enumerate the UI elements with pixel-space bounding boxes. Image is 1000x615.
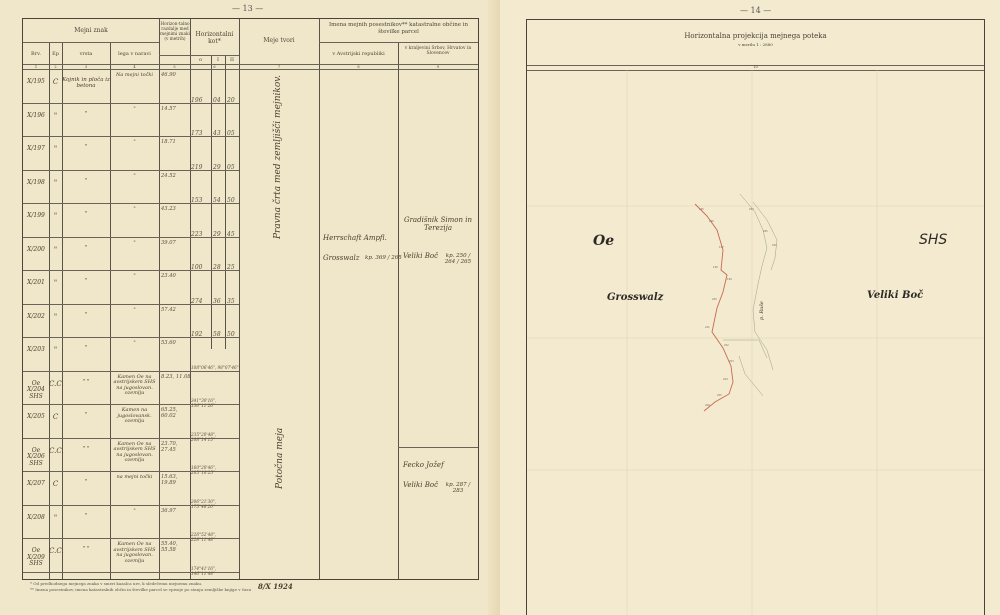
mark-type: " — [62, 178, 110, 184]
distance-value: 18.71 — [161, 139, 191, 145]
mark-ep: " — [49, 113, 62, 121]
mark-ep: C — [49, 414, 62, 422]
mark-type: " " — [62, 379, 110, 385]
header-no: Brv. — [23, 51, 49, 57]
angle-pair: 174°41'16", 146°11'48" — [191, 566, 239, 576]
mark-ep: " — [49, 213, 62, 221]
col-number: 9 — [398, 65, 478, 69]
mark-number: Oe X/206 SHS — [23, 448, 49, 468]
header-angle-sec: II — [225, 57, 239, 63]
col-number: 4 — [110, 65, 159, 69]
svg-text:202: 202 — [724, 343, 729, 347]
angle-sec: 20 — [227, 97, 239, 104]
owner-shs-2-name: Fecko Jožef — [403, 462, 444, 470]
angle-deg: 223 — [191, 231, 211, 238]
svg-text:203: 203 — [729, 359, 734, 363]
distance-value: 14.57 — [161, 106, 191, 112]
header-owners: Imena mejnih posestnikov** katastralne o… — [319, 22, 478, 35]
header-angle: Horizontalni kot* — [190, 31, 239, 45]
header-angle-deg: o — [190, 57, 211, 63]
angle-sec: 50 — [227, 331, 239, 338]
mark-position: " — [110, 241, 159, 247]
distance-value: 36.97 — [161, 508, 191, 514]
mark-position: Kamen Oe na avstrijskem SHS na jugoslova… — [110, 442, 159, 464]
right-page: — 14 — Horizontalna projekcija mejnega p… — [500, 0, 1000, 615]
col-number: 5 — [159, 65, 190, 69]
mark-ep: C.C. — [49, 548, 62, 556]
mark-number: X/208 — [23, 515, 49, 522]
mark-number: X/202 — [23, 314, 49, 321]
mark-type: " — [62, 345, 110, 351]
distance-value: 15.63, 19.89 — [161, 474, 191, 486]
angle-sec: 50 — [227, 197, 239, 204]
distance-value: 55.40, 55.58 — [161, 541, 191, 553]
mark-ep: " — [49, 146, 62, 154]
mark-ep: C — [49, 481, 62, 489]
projection-title: Horizontalna projekcija mejnega poteka — [527, 32, 984, 40]
mark-number: Oe X/204 SHS — [23, 381, 49, 401]
angle-min: 28 — [213, 264, 225, 271]
header-ep: Ep — [49, 51, 62, 57]
footnote-2: ** Imena posestnikov, imena katastralnih… — [30, 587, 251, 592]
angle-min: 43 — [213, 130, 225, 137]
owner-shs-2-parcels: kp. 287 / 283 — [443, 482, 473, 494]
angle-deg: 173 — [191, 130, 211, 137]
angle-sec: 05 — [227, 164, 239, 171]
distance-value: 23.40 — [161, 273, 191, 279]
angle-deg: 192 — [191, 331, 211, 338]
stream-label: p. Ruše — [758, 301, 765, 320]
angle-min: 54 — [213, 197, 225, 204]
owner-austria-place: Grosswalz — [323, 255, 359, 263]
mark-number: X/199 — [23, 213, 49, 220]
col-number: 2 — [49, 65, 62, 69]
svg-text:265: 265 — [763, 229, 768, 233]
mark-position: Kamen na jugoslovansk. ozemlju — [110, 408, 159, 425]
angle-min: 04 — [213, 97, 225, 104]
angle-deg: 153 — [191, 197, 211, 204]
header-austria: v Avstrijski republiki — [319, 51, 398, 57]
distance-value: 53.60 — [161, 340, 191, 346]
angle-deg: 100 — [191, 264, 211, 271]
mark-type: " — [62, 144, 110, 150]
mark-number: X/200 — [23, 247, 49, 254]
mark-position: " — [110, 107, 159, 113]
angle-sec: 35 — [227, 298, 239, 305]
distance-value: 8.23, 11.08 — [161, 374, 191, 380]
mark-number: X/203 — [23, 347, 49, 354]
mark-ep: C — [49, 79, 62, 87]
page-number: — 13 — — [232, 4, 263, 13]
header-distance: Horizon-talno razdalje med mejnimi znaki… — [160, 21, 190, 41]
angle-pair: 341°30'16", 136°11'26" — [191, 398, 239, 408]
svg-text:206: 206 — [705, 403, 710, 407]
header-type: vrsta — [62, 51, 110, 57]
mark-type: Kojnik in ploča iz betona — [62, 77, 110, 89]
mark-type: " — [62, 211, 110, 217]
mark-ep: " — [49, 247, 62, 255]
angle-min: 29 — [213, 164, 225, 171]
angle-pair: 160°20'46", 205°10'25" — [191, 465, 239, 475]
label-grosswalz: Grosswalz — [607, 292, 663, 303]
row-divider — [23, 371, 239, 372]
owner-shs-1-parcels: kp. 250 / 264 / 265 — [443, 253, 473, 265]
angle-deg: 219 — [191, 164, 211, 171]
left-page: — 13 — Mejni znak Brv. Ep vrsta lega v n… — [0, 0, 500, 615]
boundary-kind-1: Pravna črta med zemljišči mejnikov. — [273, 129, 283, 239]
projection-scale: v merilu 1 : 2880 — [527, 43, 984, 48]
owner-shs-1-name: Gradišnik Simon in Terezija — [403, 217, 473, 232]
mark-ep: C.C. — [49, 448, 62, 456]
mark-type: " — [62, 479, 110, 485]
angle-deg: 274 — [191, 298, 211, 305]
mark-number: X/197 — [23, 146, 49, 153]
distance-value: 39.07 — [161, 240, 191, 246]
svg-text:197: 197 — [719, 245, 724, 249]
angle-min: 58 — [213, 331, 225, 338]
angle-min: 36 — [213, 298, 225, 305]
mark-number: X/207 — [23, 481, 49, 488]
distance-value: 43.23 — [161, 206, 191, 212]
mark-position: Kamen Oe na avstrijskem SHS na jugoslova… — [110, 375, 159, 397]
angle-sec: 45 — [227, 231, 239, 238]
page-number: — 14 — — [740, 6, 771, 15]
signature-date: 8/X 1924 — [258, 583, 293, 591]
boundary-table: Mejni znak Brv. Ep vrsta lega v naravi H… — [22, 18, 479, 580]
svg-text:205: 205 — [717, 393, 722, 397]
mark-position: " — [110, 174, 159, 180]
header-boundary-kind: Meje tvori — [239, 37, 319, 44]
mark-ep: " — [49, 180, 62, 188]
mark-number: X/196 — [23, 113, 49, 120]
mark-type: " — [62, 412, 110, 418]
svg-text:195: 195 — [699, 207, 704, 211]
mark-position: " — [110, 207, 159, 213]
mark-position: Na mejni točki — [110, 73, 159, 79]
distance-value: 65.25, 60.02 — [161, 407, 191, 419]
mark-position: " — [110, 341, 159, 347]
angle-sec: 25 — [227, 264, 239, 271]
svg-text:264: 264 — [749, 207, 754, 211]
mark-type: " — [62, 245, 110, 251]
mark-type: " — [62, 278, 110, 284]
svg-text:199: 199 — [727, 277, 732, 281]
angle-min: 29 — [213, 231, 225, 238]
svg-text:204: 204 — [723, 377, 728, 381]
mark-ep: C.C. — [49, 381, 62, 389]
mark-number: Oe X/209 SHS — [23, 548, 49, 568]
mark-position: " — [110, 509, 159, 515]
label-veliki-boc: Veliki Boč — [867, 290, 923, 301]
mark-number: X/198 — [23, 180, 49, 187]
col-number: 3 — [62, 65, 110, 69]
svg-text:250: 250 — [772, 243, 777, 247]
svg-text:198: 198 — [713, 265, 718, 269]
mark-type: " — [62, 312, 110, 318]
label-shs: SHS — [919, 232, 947, 248]
mark-type: " " — [62, 446, 110, 452]
mark-position: Kamen Oe na avstrijskem SHS na jugoslova… — [110, 542, 159, 564]
header-position: lega v naravi — [110, 51, 159, 57]
col-number: 1 — [23, 65, 49, 69]
angle-deg: 196 — [191, 97, 211, 104]
angle-pair: 226°52'48", 228°11'48" — [191, 532, 239, 542]
angle-sec: 05 — [227, 130, 239, 137]
distance-value: 24.52 — [161, 173, 191, 179]
boundary-map: 195196197 198199200 201202203 204205206 … — [527, 70, 984, 615]
mark-type: " — [62, 513, 110, 519]
mark-position: " — [110, 274, 159, 280]
header-shs: v kraljevini Srbov, Hrvatov in Slovencev — [398, 46, 478, 57]
distance-value: 57.42 — [161, 307, 191, 313]
header-boundary-mark: Mejni znak — [23, 27, 159, 34]
mark-ep: " — [49, 314, 62, 322]
mark-number: X/205 — [23, 414, 49, 421]
angle-pair: 235°20'48", 208°14'15" — [191, 432, 239, 442]
mark-number: X/201 — [23, 280, 49, 287]
label-oe: Oe — [593, 233, 614, 249]
svg-text:196: 196 — [709, 219, 714, 223]
angle-pair: 206°21'30", 175°48'20" — [191, 499, 239, 509]
col-number: 6 — [190, 65, 239, 69]
header-angle-min: I — [211, 57, 225, 63]
mark-position: na mejni točki — [110, 475, 159, 481]
mark-type: " " — [62, 546, 110, 552]
distance-value: 46.90 — [161, 72, 191, 78]
distance-value: 23.70, 27.45 — [161, 441, 191, 453]
mark-ep: " — [49, 280, 62, 288]
projection-frame: Horizontalna projekcija mejnega poteka v… — [526, 19, 985, 615]
boundary-kind-2: Potočna meja — [275, 419, 285, 489]
svg-text:201: 201 — [705, 325, 710, 329]
angle-pair: 108°06'46", 98°07'46" — [191, 365, 239, 370]
mark-ep: " — [49, 347, 62, 355]
owner-shs-2-place: Veliki Boč — [403, 482, 438, 490]
svg-text:200: 200 — [712, 297, 717, 301]
col-number: 8 — [319, 65, 398, 69]
mark-ep: " — [49, 515, 62, 523]
owner-austria-parcels: kp. 369 / 265 — [365, 255, 402, 261]
footnote-1: * Od predhodnega mejnega znaka v smeri k… — [30, 581, 202, 586]
col-number: 10 — [527, 65, 984, 69]
mark-position: " — [110, 308, 159, 314]
col-number: 7 — [239, 65, 319, 69]
owner-shs-1-place: Veliki Boč — [403, 253, 438, 261]
owner-austria-name: Herrschaft Ampfl. — [323, 235, 387, 243]
mark-type: " — [62, 111, 110, 117]
mark-number: X/195 — [23, 79, 49, 86]
mark-position: " — [110, 140, 159, 146]
